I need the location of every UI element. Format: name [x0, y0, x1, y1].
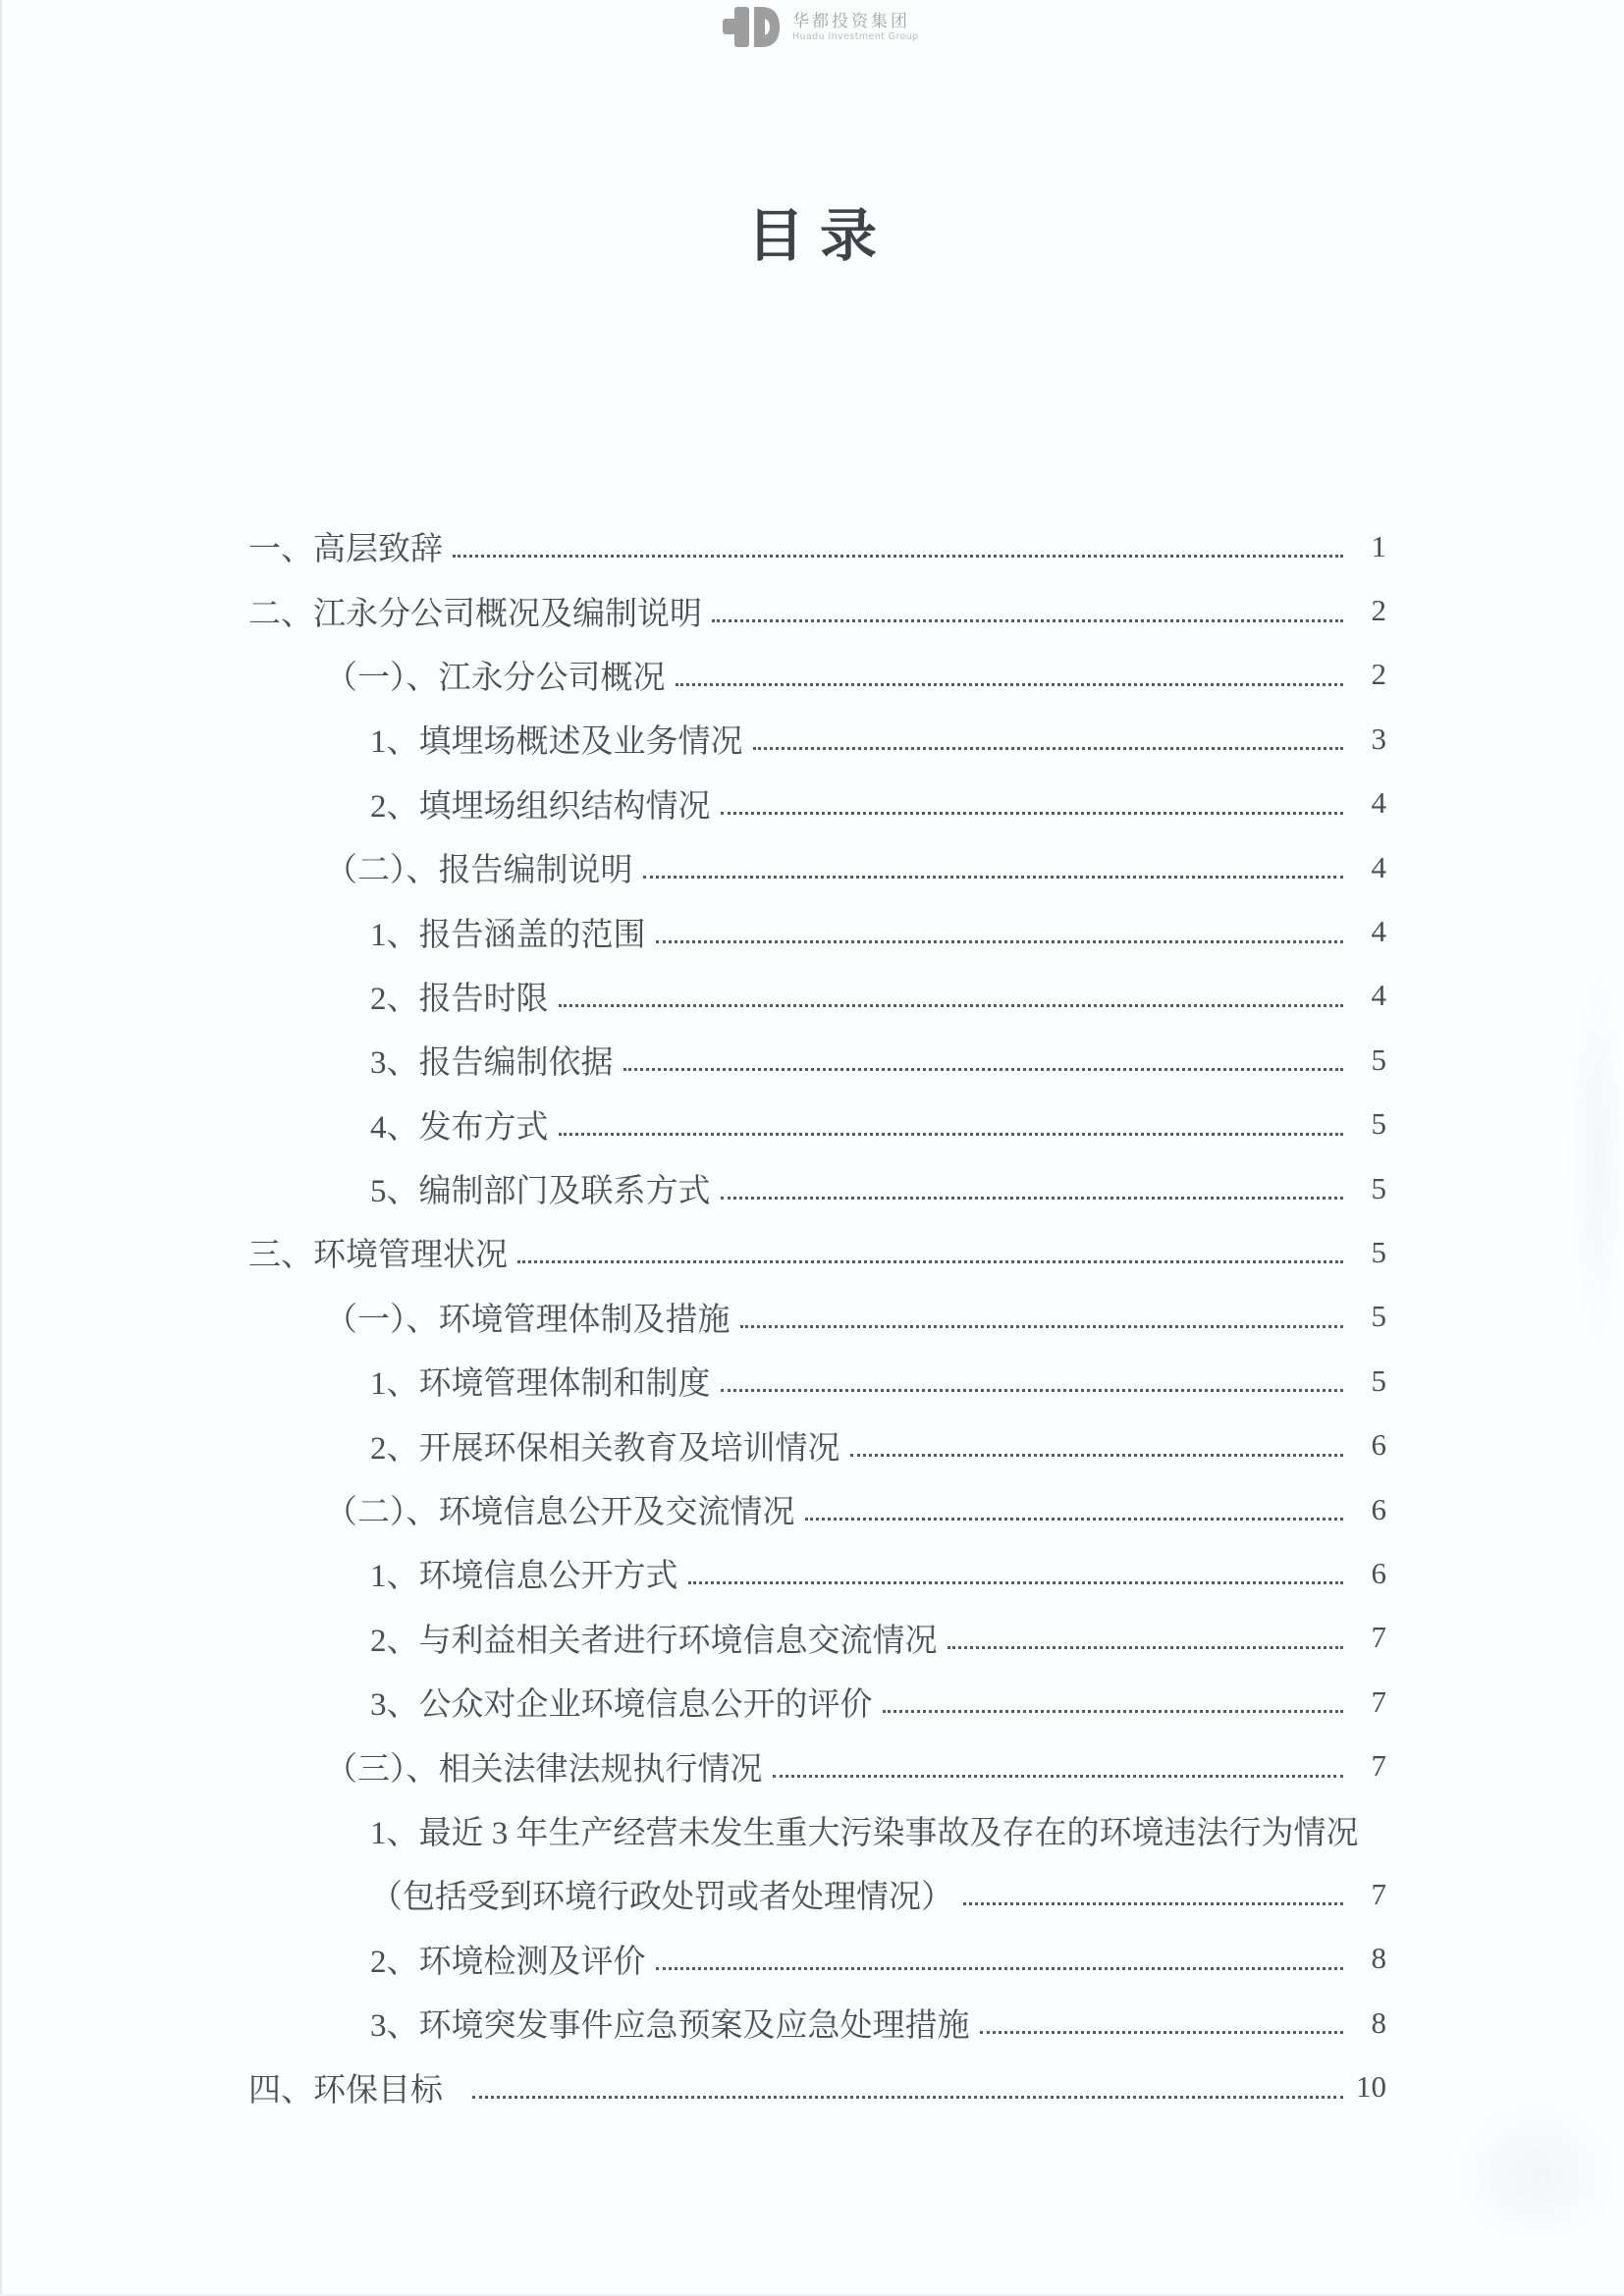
toc-page-number: 5 — [1351, 1171, 1386, 1206]
toc-leader-dots — [559, 1109, 1344, 1136]
toc-entry: （包括受到环境行政处罚或者处理情况） 7 — [248, 1862, 1386, 1926]
toc-leader-dots — [656, 1944, 1344, 1970]
toc-entry-label: 2、开展环保相关教育及培训情况 — [370, 1422, 840, 1468]
toc-entry: 1、填埋场概述及业务情况 3 — [248, 707, 1386, 771]
toc-leader-dots — [850, 1430, 1344, 1457]
toc-entry: （二）、报告编制说明 4 — [248, 835, 1386, 899]
toc-entry: 二、江永分公司概况及编制说明 2 — [248, 578, 1386, 642]
toc-page-number: 7 — [1351, 1684, 1386, 1720]
toc-leader-dots — [453, 531, 1343, 558]
toc-entry-label: 三、环境管理状况 — [248, 1229, 508, 1275]
toc-page-number: 6 — [1351, 1427, 1386, 1463]
toc-entry-label: 2、与利益相关者进行环境信息交流情况 — [370, 1615, 938, 1661]
toc-entry: 2、开展环保相关教育及培训情况 6 — [248, 1413, 1386, 1476]
company-name-cn: 华都投资集团 — [792, 12, 919, 31]
toc-entry: 一、高层致辞 1 — [248, 514, 1386, 578]
toc-entry: （三）、相关法律法规执行情况 7 — [248, 1734, 1386, 1797]
toc-leader-dots — [740, 1302, 1344, 1328]
toc-leader-dots — [980, 2007, 1344, 2034]
company-name: 华都投资集团 Huadu Investment Group — [792, 12, 919, 43]
toc-leader-dots — [559, 981, 1344, 1007]
toc-entry: 2、报告时限 4 — [248, 964, 1386, 1028]
toc-entry-label: 1、报告涵盖的范围 — [370, 909, 646, 955]
toc-entry-label: （二）、报告编制说明 — [325, 844, 633, 890]
toc-entry: 3、报告编制依据 5 — [248, 1028, 1386, 1092]
toc-entry-label: 2、填埋场组织结构情况 — [370, 780, 711, 827]
toc-entry-label: 3、环境突发事件应急预案及应急处理措施 — [370, 2000, 970, 2046]
toc-leader-dots — [883, 1686, 1344, 1713]
toc-page-number: 5 — [1351, 1299, 1386, 1334]
toc-entry-label: （三）、相关法律法规执行情况 — [325, 1743, 763, 1789]
toc-entry-label: （一）、江永分公司概况 — [325, 652, 666, 698]
toc-page-number: 6 — [1351, 1492, 1386, 1527]
toc-list: 一、高层致辞 1 二、江永分公司概况及编制说明 2 （一）、江永分公司概况 2 … — [248, 514, 1386, 2119]
toc-leader-dots — [712, 596, 1343, 622]
toc-entry-label: 4、发布方式 — [370, 1101, 549, 1148]
toc-page-number: 3 — [1351, 721, 1386, 757]
toc-leader-dots — [947, 1623, 1344, 1649]
toc-entry-label: 3、报告编制依据 — [370, 1037, 614, 1083]
scan-artifact — [1453, 2101, 1620, 2248]
toc-entry-label: 四、环保目标 — [248, 2064, 443, 2110]
toc-page-number: 8 — [1351, 1941, 1386, 1976]
toc-entry: （一）、江永分公司概况 2 — [248, 643, 1386, 707]
toc-page-number: 5 — [1351, 1235, 1386, 1270]
toc-entry-label: 2、环境检测及评价 — [370, 1936, 646, 1982]
toc-entry: 1、环境管理体制和制度 5 — [248, 1349, 1386, 1413]
company-logo: 华都投资集团 Huadu Investment Group — [723, 6, 919, 49]
toc-page-number: 5 — [1351, 1363, 1386, 1399]
toc-page-number: 4 — [1351, 785, 1386, 821]
toc-entry: 2、环境检测及评价 8 — [248, 1927, 1386, 1991]
toc-entry-label: 1、最近 3 年生产经营未发生重大污染事故及存在的环境违法行为情况 — [370, 1807, 1359, 1853]
scan-artifact — [1567, 962, 1624, 1355]
toc-page-number: 1 — [1351, 529, 1386, 564]
toc-page-number: 5 — [1351, 1106, 1386, 1142]
toc-leader-dots — [721, 1365, 1344, 1392]
toc-entry-label: 1、填埋场概述及业务情况 — [370, 716, 743, 762]
toc-leader-dots — [963, 1879, 1343, 1905]
toc-entry: （二）、环境信息公开及交流情况 6 — [248, 1477, 1386, 1541]
toc-page-number: 2 — [1351, 593, 1386, 628]
toc-entry: 5、编制部门及联系方式 5 — [248, 1156, 1386, 1220]
toc-entry: 1、报告涵盖的范围 4 — [248, 899, 1386, 963]
toc-entry-label: 5、编制部门及联系方式 — [370, 1165, 711, 1211]
toc-leader-dots — [643, 852, 1344, 879]
scan-edge-line — [0, 0, 2, 2296]
toc-entry: 2、与利益相关者进行环境信息交流情况 7 — [248, 1606, 1386, 1670]
toc-leader-dots — [805, 1494, 1344, 1521]
toc-entry-label: 1、环境管理体制和制度 — [370, 1358, 711, 1404]
toc-page-number: 5 — [1351, 1042, 1386, 1078]
toc-page-number: 7 — [1351, 1877, 1386, 1912]
toc-entry-label: 二、江永分公司概况及编制说明 — [248, 588, 702, 634]
toc-leader-dots — [753, 723, 1344, 750]
toc-page-number: 4 — [1351, 850, 1386, 885]
toc-entry: 3、公众对企业环境信息公开的评价 7 — [248, 1670, 1386, 1734]
toc-entry-label: （二）、环境信息公开及交流情况 — [325, 1486, 795, 1532]
toc-page-number: 4 — [1351, 914, 1386, 949]
toc-entry: 三、环境管理状况 5 — [248, 1220, 1386, 1284]
toc-entry: 4、发布方式 5 — [248, 1093, 1386, 1156]
toc-page-number: 8 — [1351, 2005, 1386, 2041]
hd-monogram-icon — [723, 6, 780, 49]
toc-entry: 1、环境信息公开方式 6 — [248, 1541, 1386, 1605]
toc-entry: 2、填埋场组织结构情况 4 — [248, 772, 1386, 835]
toc-page-number: 4 — [1351, 978, 1386, 1013]
toc-entry: 四、环保目标 10 — [248, 2055, 1386, 2118]
toc-leader-dots — [656, 917, 1344, 943]
toc-entry-label: 1、环境信息公开方式 — [370, 1550, 678, 1596]
toc-entry: 3、环境突发事件应急预案及应急处理措施 8 — [248, 1991, 1386, 2055]
toc-leader-dots — [472, 2072, 1343, 2099]
toc-entry: 1、最近 3 年生产经营未发生重大污染事故及存在的环境违法行为情况 — [248, 1798, 1386, 1862]
toc-page-number: 7 — [1351, 1748, 1386, 1784]
toc-page-number: 7 — [1351, 1620, 1386, 1655]
toc-leader-dots — [773, 1751, 1344, 1778]
toc-entry-label: 一、高层致辞 — [248, 523, 443, 569]
toc-entry: （一）、环境管理体制及措施 5 — [248, 1285, 1386, 1349]
toc-entry-label: （包括受到环境行政处罚或者处理情况） — [370, 1871, 953, 1917]
toc-leader-dots — [721, 1173, 1344, 1200]
document-page: { "title": "目录", "logo": { "icon": "hd-m… — [0, 0, 1624, 2296]
toc-page-number: 6 — [1351, 1556, 1386, 1591]
company-name-en: Huadu Investment Group — [792, 31, 919, 43]
toc-leader-dots — [721, 788, 1344, 815]
toc-page-number: 10 — [1351, 2069, 1386, 2105]
toc-leader-dots — [517, 1237, 1343, 1263]
toc-entry-label: 2、报告时限 — [370, 973, 549, 1019]
toc-leader-dots — [623, 1044, 1344, 1071]
toc-page-number: 2 — [1351, 657, 1386, 692]
toc-leader-dots — [676, 660, 1344, 686]
toc-entry-label: 3、公众对企业环境信息公开的评价 — [370, 1679, 873, 1725]
toc-entry-label: （一）、环境管理体制及措施 — [325, 1294, 731, 1340]
page-title: 目录 — [0, 202, 1624, 271]
toc-leader-dots — [688, 1558, 1344, 1584]
